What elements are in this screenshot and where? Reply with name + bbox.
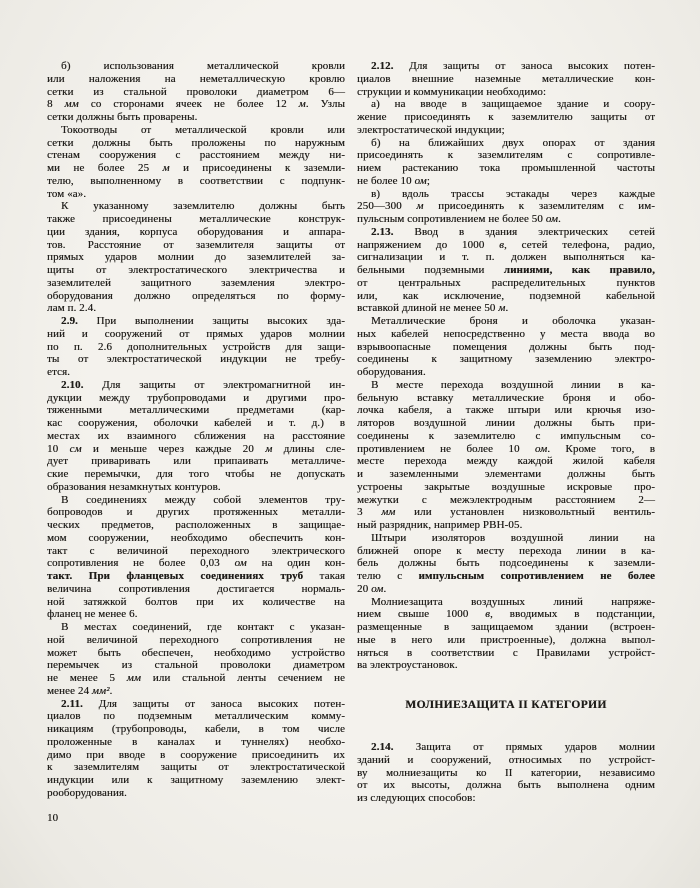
text-line: няться в соответствии с Правилами устрой… bbox=[357, 647, 655, 660]
text-line: от их высоты, должна быть выполнена одни… bbox=[357, 779, 655, 792]
column-left: б) использования металлической кровлиили… bbox=[47, 60, 345, 805]
text-line: лочка кабеля, а также штыри или крючья и… bbox=[357, 404, 655, 417]
text-line: ний и сооружений от прямых ударов молнии bbox=[47, 328, 345, 341]
text-line: соединены к защитному заземлению электро… bbox=[357, 353, 655, 366]
text-line: а) на вводе в защищаемое здание и соору- bbox=[357, 98, 655, 111]
text-line: местах их взаимного сближения на расстоя… bbox=[47, 430, 345, 443]
text-line: оборудования должно определяться по форм… bbox=[47, 290, 345, 303]
text-line: ми не более 25 м и присоединены к заземл… bbox=[47, 162, 345, 175]
text-line: В соединениях между собой элементов тру- bbox=[47, 494, 345, 507]
text-line: величина сопротивления достигается норма… bbox=[47, 583, 345, 596]
text-line: ной затяжкой болтов при их количестве на bbox=[47, 596, 345, 609]
text-line: Токоотводы от металлической кровли или bbox=[47, 124, 345, 137]
paragraph: 2.10. Для защиты от электромагнитной ин-… bbox=[47, 379, 345, 494]
text-line: также присоединены металлические констру… bbox=[47, 213, 345, 226]
text-line: телю с импульсным сопротивлением не боле… bbox=[357, 570, 655, 583]
text-line: 20 ом. bbox=[357, 583, 655, 596]
text-line: ный разрядник, например РВН-05. bbox=[357, 519, 655, 532]
text-line: такт. При фланцевых соединениях труб так… bbox=[47, 570, 345, 583]
text-line: циалов по подземным металлическим комму- bbox=[47, 710, 345, 723]
text-line: ные в него или пристроенные), должна вып… bbox=[357, 634, 655, 647]
text-line: тов. Расстояние от заземлителя защиты от bbox=[47, 239, 345, 252]
text-line: электростатической индукции; bbox=[357, 124, 655, 137]
page-number: 10 bbox=[47, 812, 58, 824]
text-line: кас сооружения, оболочки кабелей и т. д.… bbox=[47, 417, 345, 430]
text-line: 2.12. Для защиты от заноса высоких потен… bbox=[357, 60, 655, 73]
text-line: напряжением до 1000 в, сетей телефона, р… bbox=[357, 239, 655, 252]
text-line: и заземленными элементами должны быть bbox=[357, 468, 655, 481]
text-line: тяженными металлическими предметами (кар… bbox=[47, 404, 345, 417]
paragraph: в) вдоль трассы эстакады через каждые250… bbox=[357, 188, 655, 226]
text-line: К указанному заземлителю должны быть bbox=[47, 200, 345, 213]
text-line: или, как исключение, подземной кабельной bbox=[357, 290, 655, 303]
text-line: противлением не более 10 ом. Кроме того,… bbox=[357, 443, 655, 456]
text-line: мом сооружении, необходимо обеспечить ко… bbox=[47, 532, 345, 545]
text-line: лам п. 2.4. bbox=[47, 302, 345, 315]
paragraph: В местах соединений, где контакт с указа… bbox=[47, 621, 345, 698]
text-line: или наложения на неметаллическую кровлю bbox=[47, 73, 345, 86]
section-heading: МОЛНИЕЗАЩИТА II КАТЕГОРИИ bbox=[357, 699, 655, 712]
text-line: образования незамкнутых контуров. bbox=[47, 481, 345, 494]
text-line: фланец не менее 6. bbox=[47, 608, 345, 621]
text-line: телю, выполненному в соответствии с подп… bbox=[47, 175, 345, 188]
text-line: бельными подземными линиями, как правило… bbox=[357, 264, 655, 277]
text-line: взрывоопасные помещения должны быть под- bbox=[357, 341, 655, 354]
text-line: Металлические броня и оболочка указан- bbox=[357, 315, 655, 328]
text-line: к заземлителям защиты от электростатичес… bbox=[47, 761, 345, 774]
text-line: дует приваривать или припаивать металлич… bbox=[47, 455, 345, 468]
text-line: ближней опоре к месту перехода линии в к… bbox=[357, 545, 655, 558]
text-line: по п. 2.6 дополнительных устройств для з… bbox=[47, 341, 345, 354]
paragraph: Металлические броня и оболочка указан-ны… bbox=[357, 315, 655, 379]
text-line: бопроводов и других протяженных металли- bbox=[47, 506, 345, 519]
paragraph: 2.12. Для защиты от заноса высоких потен… bbox=[357, 60, 655, 98]
paragraph: Штыри изоляторов воздушной линии наближн… bbox=[357, 532, 655, 596]
text-line: проложенные в каналах и туннелях) необхо… bbox=[47, 736, 345, 749]
text-line: 10 см и меньше через каждые 20 м длины с… bbox=[47, 443, 345, 456]
text-line: ции здания, корпуса оборудования и аппар… bbox=[47, 226, 345, 239]
text-line: струкции и коммуникации необходимо: bbox=[357, 86, 655, 99]
text-line: нием свыше 1000 в, вводимых в подстанции… bbox=[357, 608, 655, 621]
text-line: зданий и сооружений, относимых по устрой… bbox=[357, 754, 655, 767]
paragraph: б) на ближайших двух опорах от зданияпри… bbox=[357, 137, 655, 188]
text-line: пульсным сопротивлением не более 50 ом. bbox=[357, 213, 655, 226]
text-line: циалов внешние наземные металлические ко… bbox=[357, 73, 655, 86]
text-line: 250—300 м присоединять к заземлителям с … bbox=[357, 200, 655, 213]
text-line: индукции или к защитному заземлению элек… bbox=[47, 774, 345, 787]
text-line: вставкой длиной не менее 50 м. bbox=[357, 302, 655, 315]
text-line: присоединять к заземлителям с сопротивле… bbox=[357, 149, 655, 162]
text-line: сетки должны быть проложены по наружным bbox=[47, 137, 345, 150]
text-line: сетки должны быть проварены. bbox=[47, 111, 345, 124]
text-line: Молниезащита воздушных линий напряже- bbox=[357, 596, 655, 609]
text-line: ву молниезащиты ко II категории, независ… bbox=[357, 767, 655, 780]
paragraph: 2.14. Защита от прямых ударов молнииздан… bbox=[357, 741, 655, 805]
text-line: ных кабелей непосредственно у места ввод… bbox=[357, 328, 655, 341]
text-line: ва электроустановок. bbox=[357, 659, 655, 672]
text-line: 2.11. Для защиты от заноса высоких потен… bbox=[47, 698, 345, 711]
text-line: 2.14. Защита от прямых ударов молнии bbox=[357, 741, 655, 754]
text-line: В месте перехода воздушной линии в ка- bbox=[357, 379, 655, 392]
text-line: щиты от электростатического электричеств… bbox=[47, 264, 345, 277]
paragraph: б) использования металлической кровлиили… bbox=[47, 60, 345, 124]
text-line: Штыри изоляторов воздушной линии на bbox=[357, 532, 655, 545]
text-line: том «а». bbox=[47, 188, 345, 201]
column-right: 2.12. Для защиты от заноса высоких потен… bbox=[357, 60, 655, 805]
text-line: б) использования металлической кровли bbox=[47, 60, 345, 73]
text-line: 8 мм со сторонами ячеек не более 12 м. У… bbox=[47, 98, 345, 111]
text-line: в) вдоль трассы эстакады через каждые bbox=[357, 188, 655, 201]
text-line: может быть обеспечен, необходимо устройс… bbox=[47, 647, 345, 660]
text-line: 2.9. При выполнении защиты высоких зда- bbox=[47, 315, 345, 328]
text-line: менее 24 мм². bbox=[47, 685, 345, 698]
text-line: бель должны быть подсоединены к заземли- bbox=[357, 557, 655, 570]
text-line: оборудования. bbox=[357, 366, 655, 379]
text-line: жение присоединять к заземлителю защиты … bbox=[357, 111, 655, 124]
text-line: межутки с межэлектродным расстоянием 2— bbox=[357, 494, 655, 507]
text-line: никациям (трубопроводы, кабели, в том чи… bbox=[47, 723, 345, 736]
paragraph: К указанному заземлителю должны бытьтакж… bbox=[47, 200, 345, 315]
text-line: В местах соединений, где контакт с указа… bbox=[47, 621, 345, 634]
text-line: соединены к заземлителю с импульсным со- bbox=[357, 430, 655, 443]
text-line: б) на ближайших двух опорах от здания bbox=[357, 137, 655, 150]
paragraph: Токоотводы от металлической кровли илисе… bbox=[47, 124, 345, 201]
text-line: прямых ударов молнии до заземлителей за- bbox=[47, 251, 345, 264]
text-line: ты от электростатической индукции не тре… bbox=[47, 353, 345, 366]
text-line: ские перемычки, для того чтобы не допуск… bbox=[47, 468, 345, 481]
text-line: 2.13. Ввод в здания электрических сетей bbox=[357, 226, 655, 239]
text-line: 3 мм или установлен низковольтный вентил… bbox=[357, 506, 655, 519]
paragraph: Молниезащита воздушных линий напряже-ние… bbox=[357, 596, 655, 673]
paragraph: В месте перехода воздушной линии в ка-бе… bbox=[357, 379, 655, 532]
text-line: не более 10 ом; bbox=[357, 175, 655, 188]
text-line: такт с величиной переходного электрическ… bbox=[47, 545, 345, 558]
text-line: сопротивления не более 0,03 ом на один к… bbox=[47, 557, 345, 570]
paragraph: В соединениях между собой элементов тру-… bbox=[47, 494, 345, 622]
text-line: размещенные в защищаемом здании (встроен… bbox=[357, 621, 655, 634]
text-line: димо при вводе в сооружение присоединить… bbox=[47, 749, 345, 762]
text-line: не менее 5 мм или стальной ленты сечение… bbox=[47, 672, 345, 685]
text-line: ной величиной переходного сопротивления … bbox=[47, 634, 345, 647]
text-line: заземлителей защитного заземления электр… bbox=[47, 277, 345, 290]
paragraph: 2.13. Ввод в здания электрических сетейн… bbox=[357, 226, 655, 315]
text-line: стенам сооружения с расстоянием между ни… bbox=[47, 149, 345, 162]
text-line: от центральных распределительных пунктов bbox=[357, 277, 655, 290]
text-line: дукции между трубопроводами и другими пр… bbox=[47, 392, 345, 405]
text-line: перемычек из стальной проволоки диаметро… bbox=[47, 659, 345, 672]
document-page: б) использования металлической кровлиили… bbox=[0, 0, 700, 888]
paragraph: 2.11. Для защиты от заноса высоких потен… bbox=[47, 698, 345, 800]
paragraph: 2.9. При выполнении защиты высоких зда-н… bbox=[47, 315, 345, 379]
text-line: нием растеканию тока промышленной частот… bbox=[357, 162, 655, 175]
text-line: из следующих способов: bbox=[357, 792, 655, 805]
text-line: месте перехода между каждой жилой кабеля bbox=[357, 455, 655, 468]
text-line: ется. bbox=[47, 366, 345, 379]
text-line: ляторов воздушной линии должны быть при- bbox=[357, 417, 655, 430]
text-line: рооборудования. bbox=[47, 787, 345, 800]
paragraph: а) на вводе в защищаемое здание и соору-… bbox=[357, 98, 655, 136]
text-line: 2.10. Для защиты от электромагнитной ин- bbox=[47, 379, 345, 392]
text-line: ческих предметов, расположенных в защища… bbox=[47, 519, 345, 532]
text-columns: б) использования металлической кровлиили… bbox=[47, 60, 655, 805]
text-line: бельную вставку металлические броня и об… bbox=[357, 392, 655, 405]
text-line: устроены закрытые воздушные искровые про… bbox=[357, 481, 655, 494]
text-line: сетки из стальной проволоки диаметром 6— bbox=[47, 86, 345, 99]
text-line: сигнализации и т. п. должен выполняться … bbox=[357, 251, 655, 264]
